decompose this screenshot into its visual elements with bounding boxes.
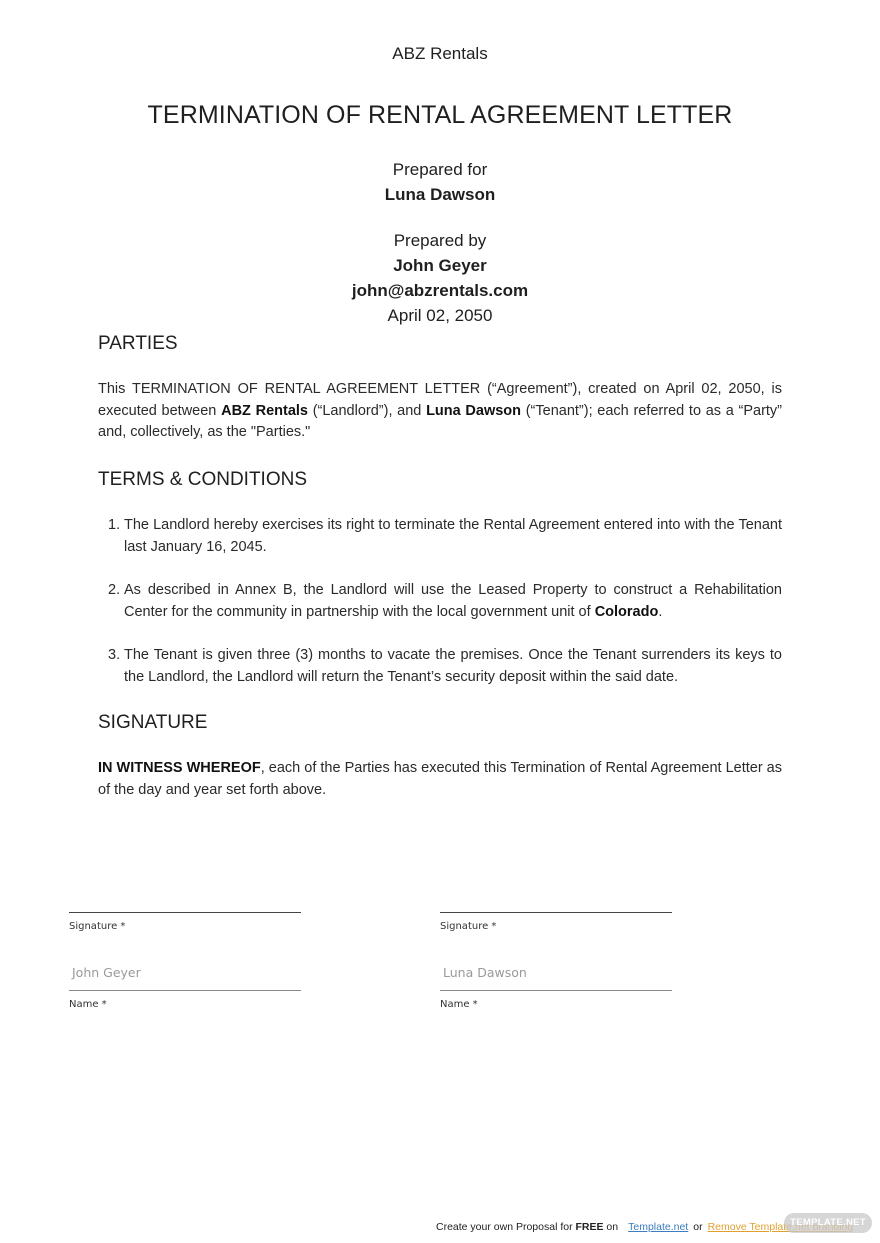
list-item: 1. The Landlord hereby exercises its rig…: [98, 515, 782, 558]
name-label: Name *: [440, 999, 478, 1010]
parties-heading: PARTIES: [98, 333, 178, 355]
prepared-for-label: Prepared for: [0, 160, 880, 180]
name-field[interactable]: John Geyer: [72, 965, 141, 980]
item-text: The Tenant is given three (3) months to …: [124, 645, 782, 688]
footer-or: or: [693, 1221, 702, 1233]
prepared-by-email: john@abzrentals.com: [0, 281, 880, 301]
prepared-by-name: John Geyer: [0, 256, 880, 276]
location-name: Colorado: [595, 604, 659, 620]
item-text: As described in Annex B, the Landlord wi…: [124, 580, 782, 623]
document-title: TERMINATION OF RENTAL AGREEMENT LETTER: [0, 101, 880, 130]
list-item: 3. The Tenant is given three (3) months …: [98, 645, 782, 688]
signature-field[interactable]: [440, 912, 672, 913]
footer-on: on: [604, 1221, 619, 1233]
name-field[interactable]: Luna Dawson: [443, 965, 527, 980]
landlord-name: ABZ Rentals: [221, 403, 308, 419]
witness-bold: IN WITNESS WHEREOF: [98, 760, 261, 776]
item-number: 1.: [108, 515, 120, 537]
item-text-body: As described in Annex B, the Landlord wi…: [124, 582, 782, 620]
list-item: 2. As described in Annex B, the Landlord…: [98, 580, 782, 623]
item-number: 3.: [108, 645, 120, 667]
name-label: Name *: [69, 999, 107, 1010]
document-date: April 02, 2050: [0, 306, 880, 326]
terms-heading: TERMS & CONDITIONS: [98, 469, 307, 491]
footer-text: Create your own Proposal for: [436, 1221, 575, 1233]
signature-heading: SIGNATURE: [98, 712, 207, 734]
footer-free: FREE: [575, 1221, 603, 1233]
signature-field[interactable]: [69, 912, 301, 913]
item-text-end: .: [658, 604, 662, 620]
template-link[interactable]: Template.net: [628, 1221, 688, 1233]
name-underline: [440, 990, 672, 991]
signature-label: Signature *: [69, 921, 125, 932]
signature-label: Signature *: [440, 921, 496, 932]
tenant-name: Luna Dawson: [426, 403, 521, 419]
item-text: The Landlord hereby exercises its right …: [124, 515, 782, 558]
item-number: 2.: [108, 580, 120, 602]
template-badge: TEMPLATE.NET: [784, 1213, 872, 1233]
prepared-by-label: Prepared by: [0, 231, 880, 251]
parties-text: (“Landlord”), and: [308, 403, 426, 419]
company-name: ABZ Rentals: [0, 44, 880, 64]
parties-paragraph: This TERMINATION OF RENTAL AGREEMENT LET…: [98, 379, 782, 444]
witness-paragraph: IN WITNESS WHEREOF, each of the Parties …: [98, 758, 782, 801]
name-underline: [69, 990, 301, 991]
prepared-for-name: Luna Dawson: [0, 185, 880, 205]
